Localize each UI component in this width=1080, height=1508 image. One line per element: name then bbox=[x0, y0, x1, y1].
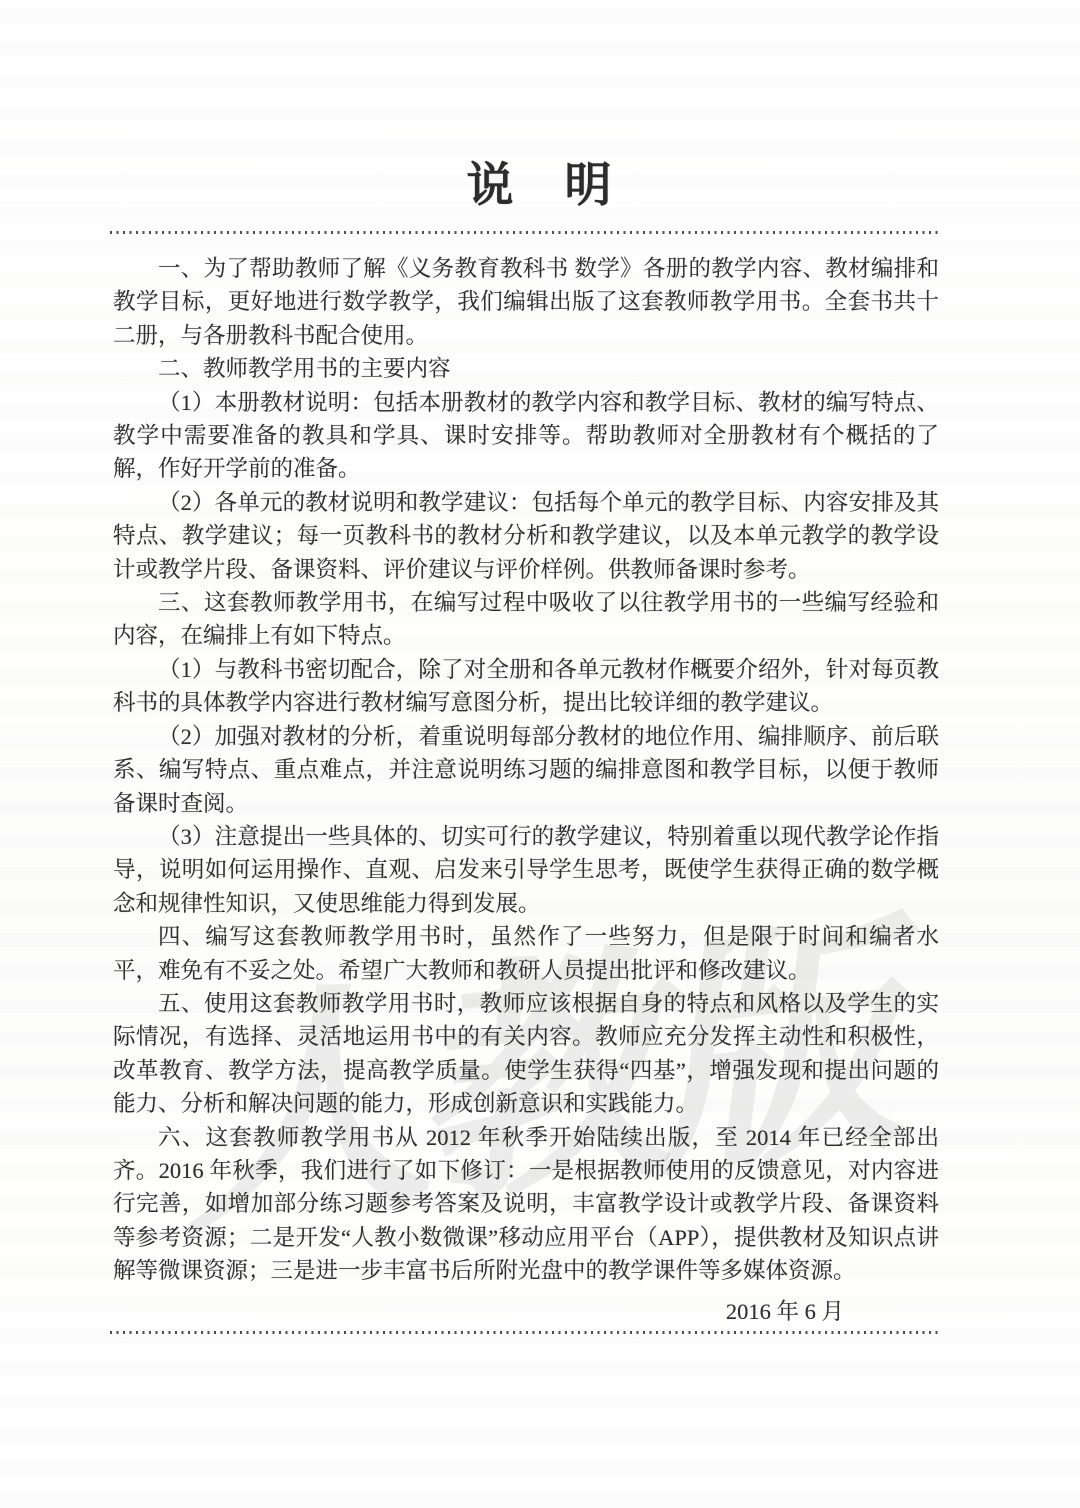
paragraph-09: 四、编写这套教师教学用书时，虽然作了一些努力，但是限于时间和编者水平，难免有不妥… bbox=[113, 920, 939, 987]
paragraph-07: （2）加强对教材的分析，着重说明每部分教材的地位作用、编排顺序、前后联系、编写特… bbox=[113, 720, 939, 820]
bottom-dotted-divider bbox=[110, 1330, 940, 1334]
paragraph-03: （1）本册教材说明：包括本册教材的教学内容和教学目标、教材的编写特点、教学中需要… bbox=[113, 386, 939, 486]
body-text: 一、为了帮助教师了解《义务教育教科书 数学》各册的教学内容、教材编排和教学目标，… bbox=[113, 252, 939, 1328]
paragraph-01: 一、为了帮助教师了解《义务教育教科书 数学》各册的教学内容、教材编排和教学目标，… bbox=[113, 252, 939, 352]
paragraph-11: 六、这套教师教学用书从 2012 年秋季开始陆续出版，至 2014 年已经全部出… bbox=[113, 1121, 939, 1288]
paragraph-08: （3）注意提出一些具体的、切实可行的教学建议，特别着重以现代教学论作指导，说明如… bbox=[113, 820, 939, 920]
top-dotted-divider bbox=[110, 230, 940, 234]
page-title: 说 明 bbox=[0, 148, 1080, 215]
publication-date: 2016 年 6 月 bbox=[113, 1295, 939, 1328]
paragraph-02: 二、教师教学用书的主要内容 bbox=[113, 352, 939, 385]
paragraph-10: 五、使用这套教师教学用书时，教师应该根据自身的特点和风格以及学生的实际情况，有选… bbox=[113, 987, 939, 1121]
paragraph-04: （2）各单元的教材说明和教学建议：包括每个单元的教学目标、内容安排及其特点、教学… bbox=[113, 486, 939, 586]
paragraph-05: 三、这套教师教学用书，在编写过程中吸收了以往教学用书的一些编写经验和内容，在编排… bbox=[113, 586, 939, 653]
book-page: 说 明 人教版 一、为了帮助教师了解《义务教育教科书 数学》各册的教学内容、教材… bbox=[0, 0, 1080, 1508]
paragraph-06: （1）与教科书密切配合，除了对全册和各单元教材作概要介绍外，针对每页教科书的具体… bbox=[113, 653, 939, 720]
